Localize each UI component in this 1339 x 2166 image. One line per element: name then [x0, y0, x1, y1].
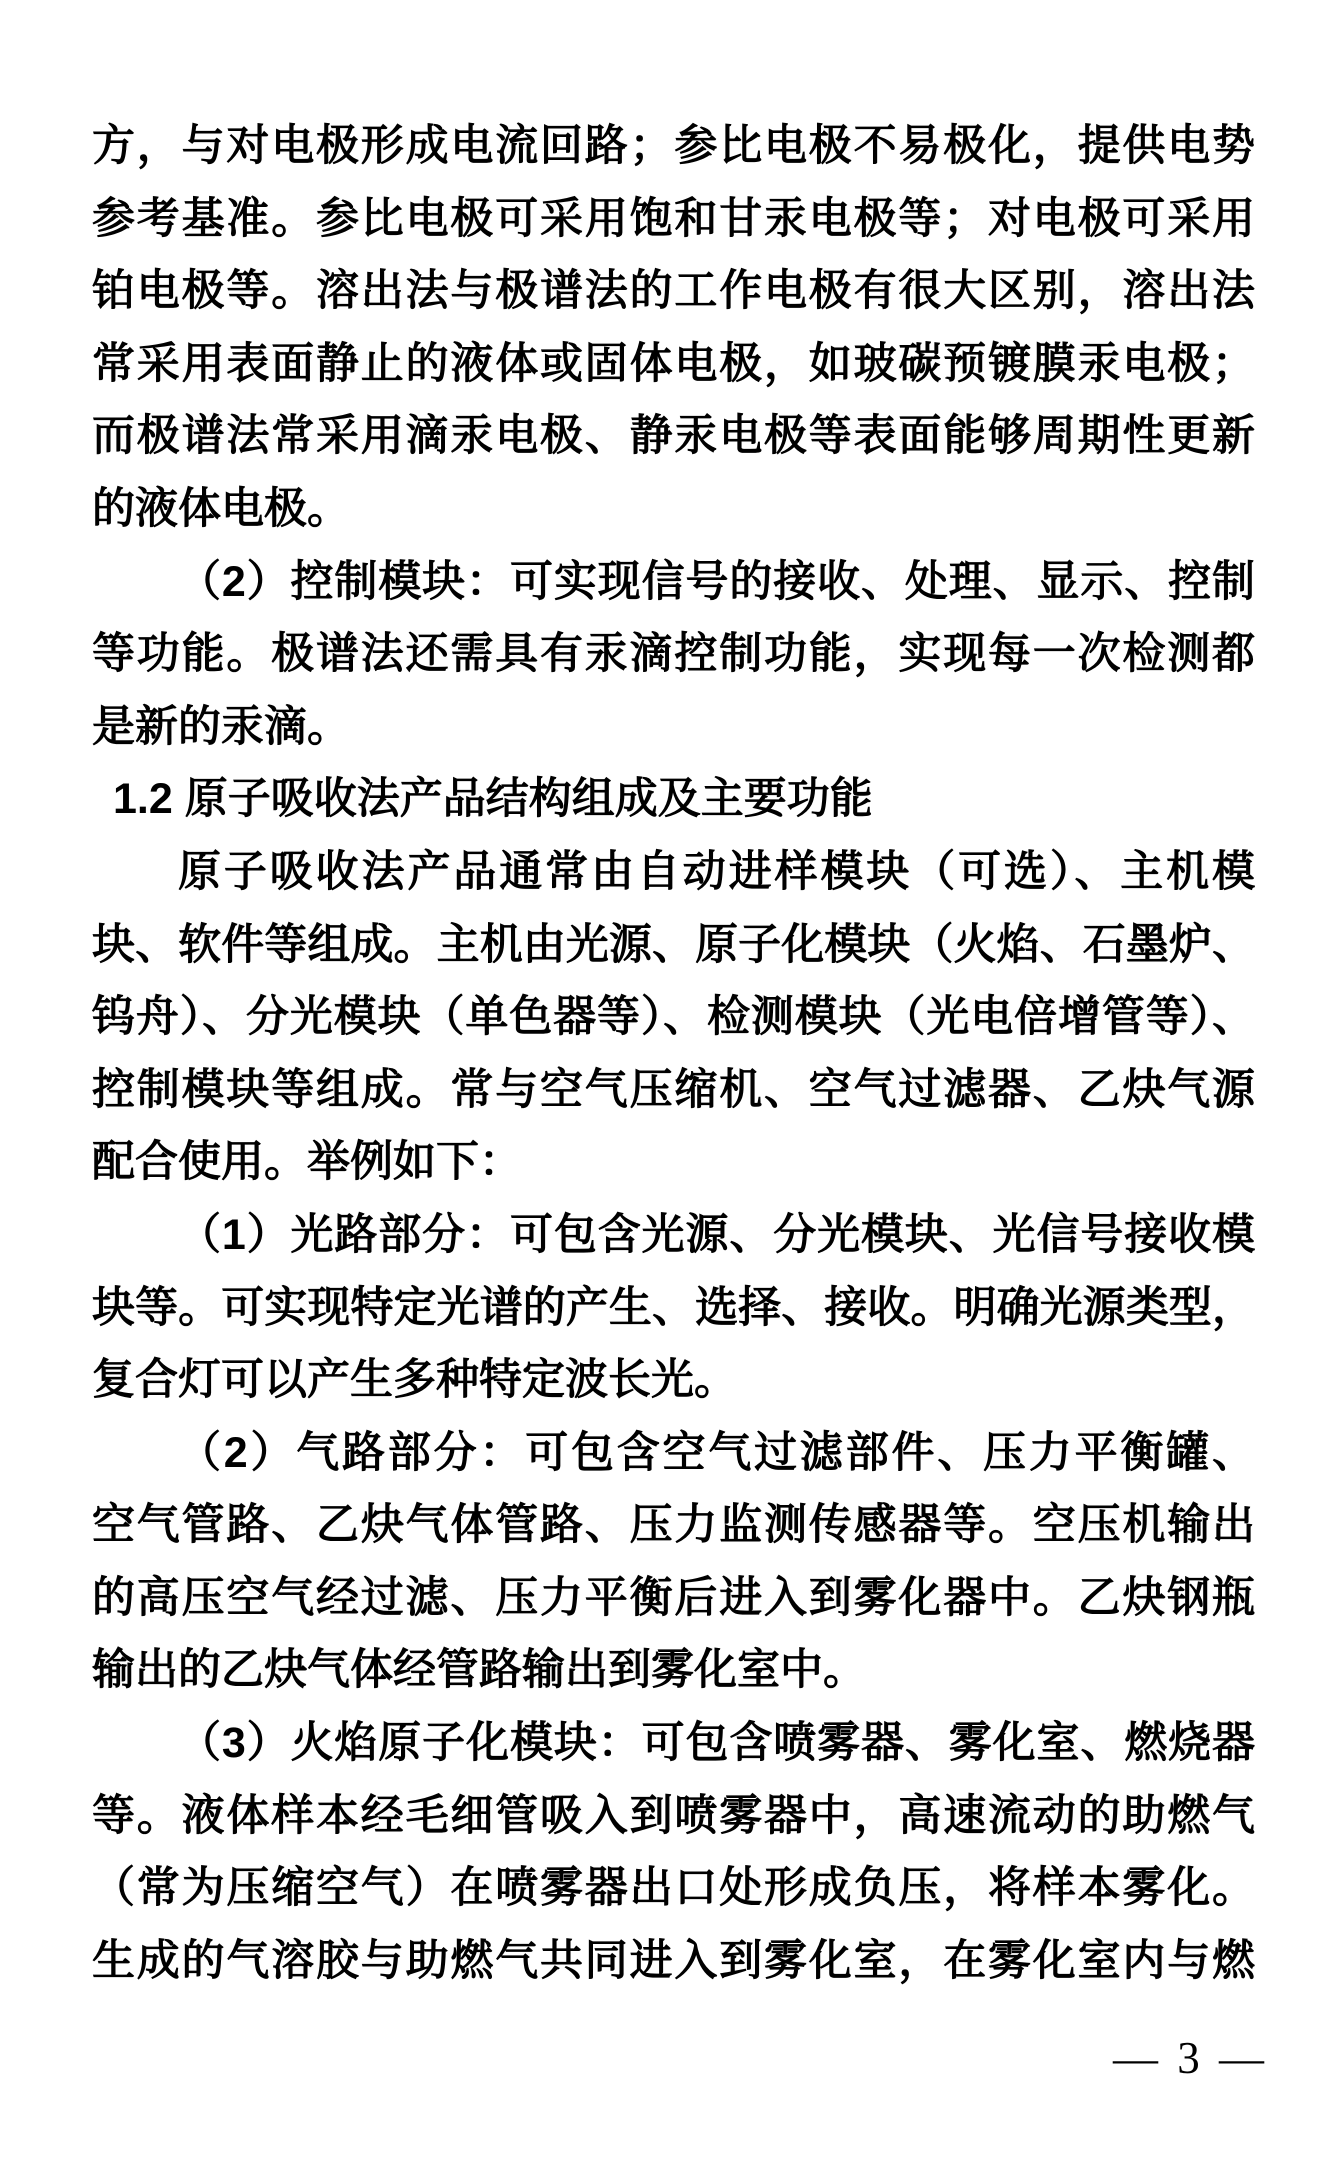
text-line: 配合使用。举例如下： — [92, 1126, 1255, 1199]
text-line: 铂电极等。溶出法与极谱法的工作电极有很大区别，溶出法 — [92, 255, 1255, 328]
text-line: （常为压缩空气）在喷雾器出口处形成负压，将样本雾化。 — [92, 1852, 1255, 1925]
text-line: 的液体电极。 — [92, 473, 1255, 546]
text-line: 的高压空气经过滤、压力平衡后进入到雾化器中。乙炔钢瓶 — [92, 1562, 1255, 1635]
text-line: 块、软件等组成。主机由光源、原子化模块（火焰、石墨炉、 — [92, 909, 1255, 982]
text-line: 输出的乙炔气体经管路输出到雾化室中。 — [92, 1634, 1255, 1707]
text-line: 钨舟）、分光模块（单色器等）、检测模块（光电倍增管等）、 — [92, 981, 1255, 1054]
text-line: 空气管路、乙炔气体管路、压力监测传感器等。空压机输出 — [92, 1489, 1255, 1562]
document-page: 方，与对电极形成电流回路；参比电极不易极化，提供电势参考基准。参比电极可采用饱和… — [0, 0, 1339, 2166]
text-line: 等功能。极谱法还需具有汞滴控制功能，实现每一次检测都 — [92, 618, 1255, 691]
text-line: （2）气路部分：可包含空气过滤部件、压力平衡罐、 — [92, 1417, 1255, 1490]
text-line: 而极谱法常采用滴汞电极、静汞电极等表面能够周期性更新 — [92, 400, 1255, 473]
text-line: 原子吸收法产品通常由自动进样模块（可选）、主机模 — [92, 836, 1255, 909]
text-block: 方，与对电极形成电流回路；参比电极不易极化，提供电势参考基准。参比电极可采用饱和… — [92, 110, 1255, 1997]
text-line: 等。液体样本经毛细管吸入到喷雾器中，高速流动的助燃气 — [92, 1780, 1255, 1853]
text-line: 生成的气溶胶与助燃气共同进入到雾化室，在雾化室内与燃 — [92, 1925, 1255, 1998]
text-line: （1）光路部分：可包含光源、分光模块、光信号接收模 — [92, 1199, 1255, 1272]
text-line: 是新的汞滴。 — [92, 691, 1255, 764]
text-line: （3）火焰原子化模块：可包含喷雾器、雾化室、燃烧器 — [92, 1707, 1255, 1780]
text-line: 常采用表面静止的液体或固体电极，如玻碳预镀膜汞电极； — [92, 328, 1255, 401]
text-line: 块等。可实现特定光谱的产生、选择、接收。明确光源类型， — [92, 1272, 1255, 1345]
text-line: （2）控制模块：可实现信号的接收、处理、显示、控制 — [92, 546, 1255, 619]
text-line: 复合灯可以产生多种特定波长光。 — [92, 1344, 1255, 1417]
page-number: — 3 — — [1113, 2032, 1268, 2084]
text-line: 参考基准。参比电极可采用饱和甘汞电极等；对电极可采用 — [92, 183, 1255, 256]
text-line: 1.2 原子吸收法产品结构组成及主要功能 — [92, 763, 1255, 836]
text-line: 控制模块等组成。常与空气压缩机、空气过滤器、乙炔气源 — [92, 1054, 1255, 1127]
text-line: 方，与对电极形成电流回路；参比电极不易极化，提供电势 — [92, 110, 1255, 183]
